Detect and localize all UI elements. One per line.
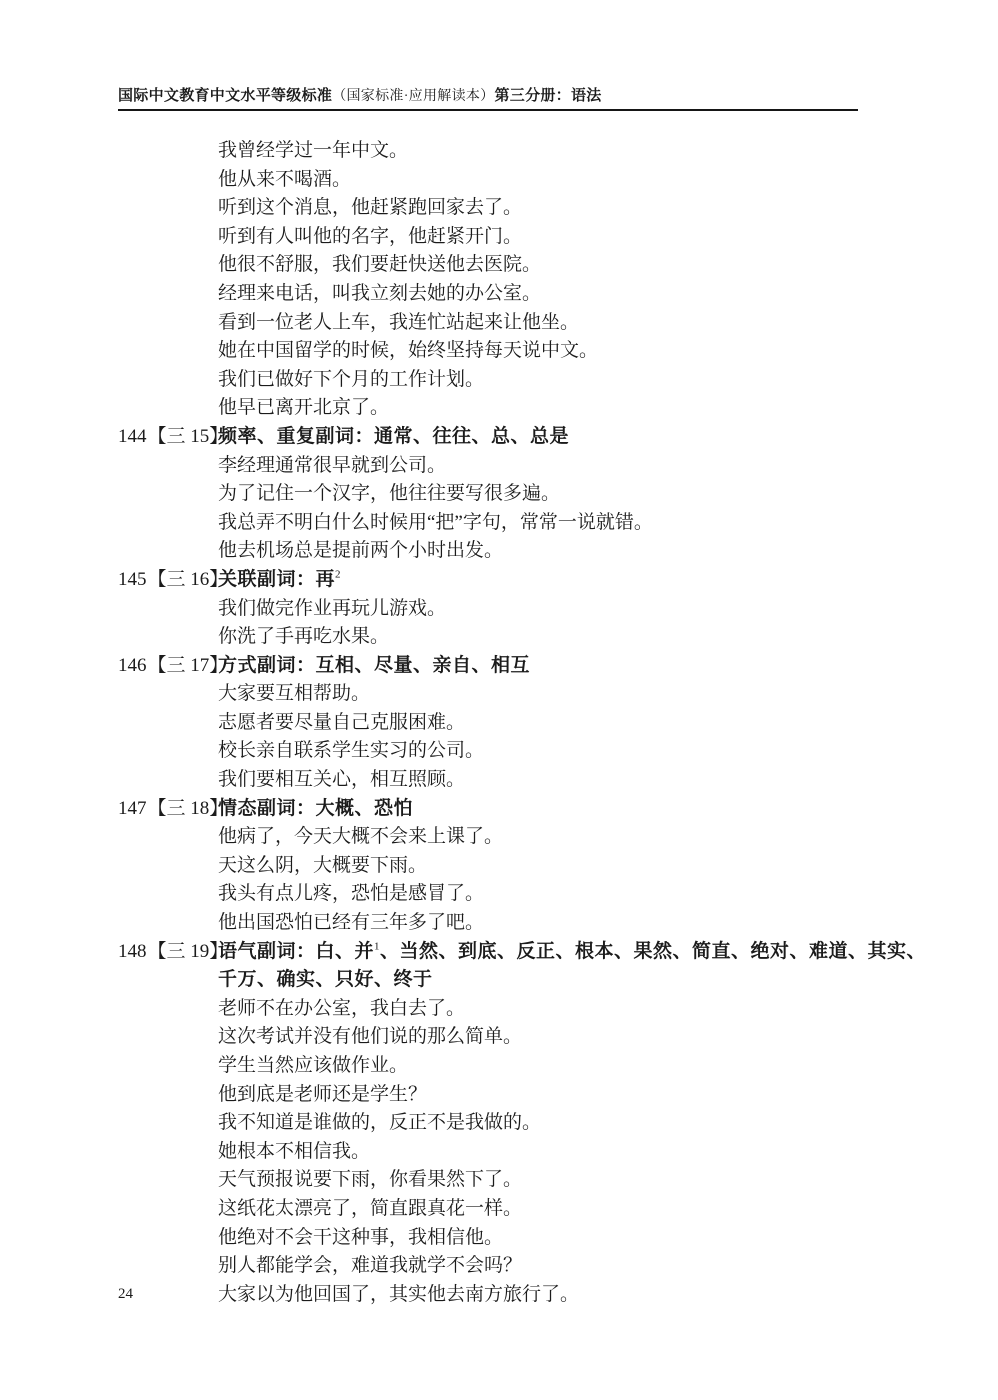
example-sentence: 为了记住一个汉字，他往往要写很多遍。 bbox=[118, 480, 998, 509]
section-label: 145【三 16】 bbox=[118, 566, 218, 595]
example-sentence: 志愿者要尽量自己克服困难。 bbox=[118, 709, 998, 738]
example-sentence: 他早已离开北京了。 bbox=[118, 394, 998, 423]
example-sentence: 他从来不喝酒。 bbox=[118, 166, 998, 195]
section-number: 148 bbox=[118, 941, 147, 962]
section-level-tag: 【三 17】 bbox=[148, 655, 229, 676]
section-heading-148: 148【三 19】语气副词：白、并1、当然、到底、反正、根本、果然、简直、绝对、… bbox=[118, 938, 998, 967]
example-sentence: 他绝对不会干这种事，我相信他。 bbox=[118, 1224, 998, 1253]
example-sentence: 我曾经学过一年中文。 bbox=[118, 137, 998, 166]
section-label: 148【三 19】 bbox=[118, 938, 218, 967]
section-heading-147: 147【三 18】情态副词：大概、恐怕 bbox=[118, 795, 998, 824]
example-sentence: 我们要相互关心，相互照顾。 bbox=[118, 766, 998, 795]
example-sentence: 她在中国留学的时候，始终坚持每天说中文。 bbox=[118, 337, 998, 366]
section-label: 147【三 18】 bbox=[118, 795, 218, 824]
section-heading-146: 146【三 17】方式副词：互相、尽量、亲自、相互 bbox=[118, 652, 998, 681]
section-title-text: 情态副词：大概、恐怕 bbox=[218, 798, 413, 819]
example-sentence: 李经理通常很早就到公司。 bbox=[118, 452, 998, 481]
example-sentence: 经理来电话，叫我立刻去她的办公室。 bbox=[118, 280, 998, 309]
example-sentence: 校长亲自联系学生实习的公司。 bbox=[118, 737, 998, 766]
example-sentence: 他出国恐怕已经有三年多了吧。 bbox=[118, 909, 998, 938]
example-sentence: 老师不在办公室，我白去了。 bbox=[118, 995, 998, 1024]
section-title-wrap: 千万、确实、只好、终于 bbox=[218, 969, 433, 990]
section-heading-145: 145【三 16】关联副词：再2 bbox=[118, 566, 998, 595]
example-sentence: 我头有点儿疼，恐怕是感冒了。 bbox=[118, 880, 998, 909]
section-label: 144【三 15】 bbox=[118, 423, 218, 452]
document-page: 国际中文教育中文水平等级标准（国家标准·应用解读本）第三分册：语法 我曾经学过一… bbox=[0, 0, 998, 1400]
section-level-tag: 【三 19】 bbox=[148, 941, 229, 962]
running-header-title-tail: 第三分册：语法 bbox=[494, 88, 601, 104]
example-sentence: 我总弄不明白什么时候用“把”字句，常常一说就错。 bbox=[118, 509, 998, 538]
example-sentence: 他去机场总是提前两个小时出发。 bbox=[118, 537, 998, 566]
example-sentence: 这纸花太漂亮了，简直跟真花一样。 bbox=[118, 1195, 998, 1224]
running-header-title-main: 国际中文教育中文水平等级标准 bbox=[118, 88, 332, 104]
section-title: 关联副词：再2 bbox=[218, 569, 341, 590]
section-level-tag: 【三 16】 bbox=[148, 569, 229, 590]
section-title-text-cont: 、当然、到底、反正、根本、果然、简直、绝对、难道、其实、 bbox=[380, 941, 926, 962]
example-sentence: 学生当然应该做作业。 bbox=[118, 1052, 998, 1081]
example-sentence: 我们已做好下个月的工作计划。 bbox=[118, 366, 998, 395]
section-number: 146 bbox=[118, 655, 147, 676]
example-sentence: 大家要互相帮助。 bbox=[118, 680, 998, 709]
example-sentence: 天气预报说要下雨，你看果然下了。 bbox=[118, 1166, 998, 1195]
example-sentence: 他到底是老师还是学生？ bbox=[118, 1081, 998, 1110]
section-title: 情态副词：大概、恐怕 bbox=[218, 798, 413, 819]
section-heading-148-line2: 千万、确实、只好、终于 bbox=[118, 966, 998, 995]
section-level-tag: 【三 18】 bbox=[148, 798, 229, 819]
example-sentence: 我不知道是谁做的，反正不是我做的。 bbox=[118, 1109, 998, 1138]
section-title: 方式副词：互相、尽量、亲自、相互 bbox=[218, 655, 530, 676]
example-sentence: 你洗了手再吃水果。 bbox=[118, 623, 998, 652]
section-title: 语气副词：白、并1、当然、到底、反正、根本、果然、简直、绝对、难道、其实、 bbox=[218, 941, 926, 962]
page-body: 我曾经学过一年中文。 他从来不喝酒。 听到这个消息，他赶紧跑回家去了。 听到有人… bbox=[118, 137, 998, 1309]
example-sentence: 看到一位老人上车，我连忙站起来让他坐。 bbox=[118, 309, 998, 338]
section-label: 146【三 17】 bbox=[118, 652, 218, 681]
page-number: 24 bbox=[118, 1286, 133, 1303]
section-title-text: 方式副词：互相、尽量、亲自、相互 bbox=[218, 655, 530, 676]
example-sentence: 她根本不相信我。 bbox=[118, 1138, 998, 1167]
example-sentence: 听到这个消息，他赶紧跑回家去了。 bbox=[118, 194, 998, 223]
section-number: 144 bbox=[118, 426, 147, 447]
example-sentence: 这次考试并没有他们说的那么简单。 bbox=[118, 1023, 998, 1052]
example-sentence: 他很不舒服，我们要赶快送他去医院。 bbox=[118, 251, 998, 280]
example-sentence: 别人都能学会，难道我就学不会吗？ bbox=[118, 1252, 998, 1281]
section-title-superscript: 2 bbox=[335, 569, 341, 581]
section-title-text: 关联副词：再 bbox=[218, 569, 335, 590]
section-title: 频率、重复副词：通常、往往、总、总是 bbox=[218, 426, 569, 447]
running-header-title-paren: （国家标准·应用解读本） bbox=[332, 89, 494, 104]
example-sentence: 他病了，今天大概不会来上课了。 bbox=[118, 823, 998, 852]
example-sentence: 天这么阴，大概要下雨。 bbox=[118, 852, 998, 881]
example-sentence: 大家以为他回国了，其实他去南方旅行了。 bbox=[118, 1281, 998, 1310]
section-title-text: 语气副词：白、并 bbox=[218, 941, 374, 962]
section-level-tag: 【三 15】 bbox=[148, 426, 229, 447]
running-header: 国际中文教育中文水平等级标准（国家标准·应用解读本）第三分册：语法 bbox=[118, 84, 858, 111]
example-sentence: 听到有人叫他的名字，他赶紧开门。 bbox=[118, 223, 998, 252]
section-heading-144: 144【三 15】频率、重复副词：通常、往往、总、总是 bbox=[118, 423, 998, 452]
section-number: 145 bbox=[118, 569, 147, 590]
section-number: 147 bbox=[118, 798, 147, 819]
section-title-text: 频率、重复副词：通常、往往、总、总是 bbox=[218, 426, 569, 447]
example-sentence: 我们做完作业再玩儿游戏。 bbox=[118, 595, 998, 624]
